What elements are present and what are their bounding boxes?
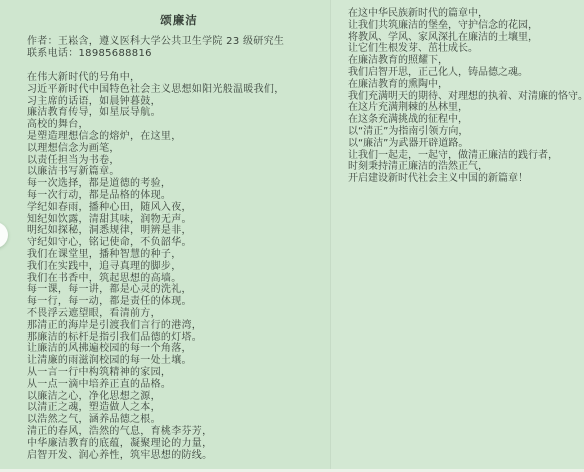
poem-line: 廉洁教育传导，如星辰导航。 [27,107,331,119]
poem-line: 清正的春风，浩然的气息，育桃李芬芳， [27,426,331,438]
poem-line: 在这条充满挑战的征程中， [348,114,584,126]
poem-line: 以廉洁之心，净化思想之源， [27,391,331,403]
poem-line: 中华廉洁教育的底蕴，凝聚理论的力量， [27,438,331,450]
poem-line: 我们启智开思，正己化人，铸品德之魂。 [348,67,584,79]
poem-line: 在这中华民族新时代的篇章中， [348,8,584,20]
poem-line: 每一次选择，都是道德的考验， [27,178,331,190]
poem-line: 明纪如探秘，洞悉规律，明辨是非， [27,225,331,237]
poem-line: 不畏浮云遮望眼，看清前方， [27,308,331,320]
poem-line: 以理想信念为画笔， [27,143,331,155]
poem-line: 我们充满明天的期待、对理想的执着、对清廉的恪守。 [348,91,584,103]
poem-line: 以责任担当为书卷， [27,155,331,167]
poem-line: 习近平新时代中国特色社会主义思想如阳光般温暖我们， [27,84,331,96]
poem-line: 那清正的海岸是引渡我们言行的港湾， [27,320,331,332]
poem-line: 启智开发、润心养性，筑牢思想的防线。 [27,450,331,462]
poem-line: 习主席的话语，如晨钟暮鼓， [27,96,331,108]
poem-line: 以浩然之气，涵养品德之根。 [27,414,331,426]
poem-line: 每一次行动，都是品格的体现。 [27,190,331,202]
poem-line: 在廉洁教育的熏陶中， [348,79,584,91]
poem-line: 我们在实践中，追寻真理的脚步， [27,261,331,273]
poem-line: 以“廉洁”为武器开辟道路。 [348,138,584,150]
poem-line: 每一课，每一讲，都是心灵的洗礼， [27,284,331,296]
poem-line: 让清廉的雨滋润校园的每一处土壤。 [27,355,331,367]
poem-line: 高校的舞台， [27,119,331,131]
poem-line: 在伟大新时代的号角中， [27,72,331,84]
poem-line: 时刻秉持清正廉洁的浩然正气， [348,161,584,173]
poem-line: 在这片充满荆棘的丛林里， [348,102,584,114]
poem-line: 以清正之魂，塑造做人之本， [27,402,331,414]
left-text-column: 颂廉洁 作者：王崧含，遵义医科大学公共卫生学院 23 级研究生 联系电话：189… [27,13,331,461]
right-text-column: 在这中华民族新时代的篇章中，让我们共筑廉洁的堡垒，守护信念的花园，将教风、学风、… [348,8,584,185]
poem-line: 以“清正”为指南引领方向， [348,126,584,138]
poem-line: 守纪如守心，铭记使命，不负韶华。 [27,237,331,249]
poem-line: 以廉洁书写新篇章。 [27,166,331,178]
poem-line: 学纪如春雨，播种心田，随风入夜， [27,202,331,214]
poem-line: 让它们生根发芽、茁壮成长。 [348,43,584,55]
poem-line: 从一点一滴中培养正直的品格。 [27,379,331,391]
right-poem-lines: 在这中华民族新时代的篇章中，让我们共筑廉洁的堡垒，守护信念的花园，将教风、学风、… [348,8,584,185]
poem-line: 每一行，每一动，都是责任的体现。 [27,296,331,308]
poem-line: 是塑造理想信念的熔炉，在这里， [27,131,331,143]
poem-line: 知纪如饮露，清甜其味，润物无声。 [27,214,331,226]
poem-title: 颂廉洁 [27,13,331,27]
poem-line: 我们在课堂里，播种智慧的种子， [27,249,331,261]
poem-line: 我们在书香中，筑起思想的高墙。 [27,273,331,285]
poem-line: 将教风、学风、家风深扎在廉洁的土壤里， [348,32,584,44]
contact-line: 联系电话：18985688816 [27,48,331,60]
left-poem-lines: 在伟大新时代的号角中，习近平新时代中国特色社会主义思想如阳光般温暖我们，习主席的… [27,72,331,461]
poem-line: 让我们共筑廉洁的堡垒，守护信念的花园， [348,20,584,32]
edge-floating-button[interactable] [0,222,8,248]
poem-line: 开启建设新时代社会主义中国的新篇章！ [348,173,584,185]
poem-line: 那廉洁的标杆是指引我们品德的灯塔。 [27,332,331,344]
author-line: 作者：王崧含，遵义医科大学公共卫生学院 23 级研究生 [27,36,331,48]
poem-line: 让廉洁的风拂遍校园的每一个角落， [27,343,331,355]
poem-line: 让我们一起走，一起守，做清正廉洁的践行者， [348,150,584,162]
poem-line: 在廉洁教育的照耀下， [348,55,584,67]
poem-line: 从一言一行中构筑精神的家园， [27,367,331,379]
